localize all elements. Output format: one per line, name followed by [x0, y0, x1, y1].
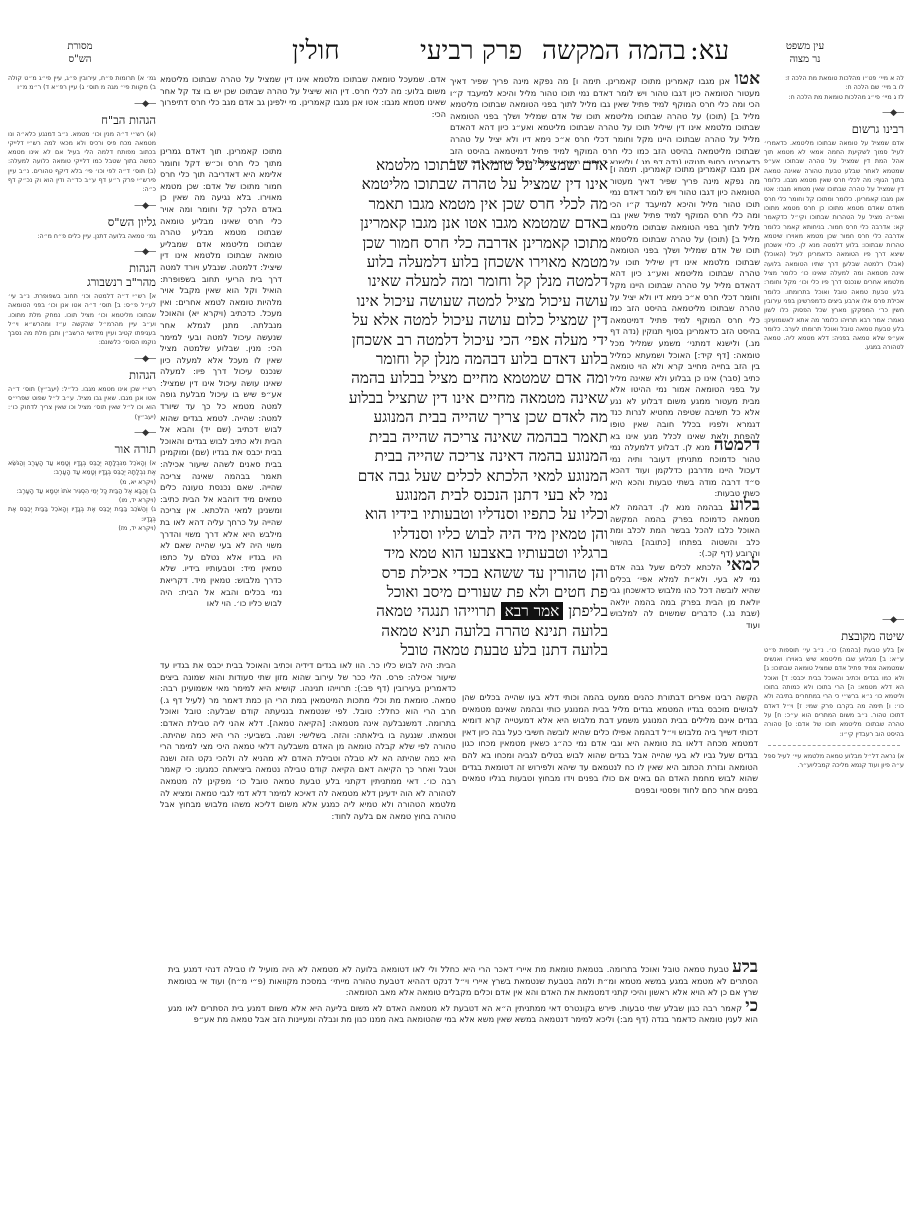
tosafot-text: אנן מגבו קאמרינן מתוכו קאמרינן. תימה ו] …	[450, 76, 760, 164]
ein-mishpat-title-line1: עין משפט	[770, 40, 840, 53]
tosafot-bottom: הקשה רבינו אפרים דבתורת כהנים ממעט בהמה …	[462, 692, 758, 954]
rashi-body-text: מתוכו קאמרינן. תוך דאדם גמרינן מתוך כלי …	[160, 146, 282, 608]
tosafot-dibbur-4: למאי הלכתא לכלים שעל גבה אדם נמי לא בעי.…	[610, 560, 760, 632]
rabbeinu-gershom-text: אדם שמציל על טומאה שבתוכו מליטמא. כדאמרי…	[764, 139, 904, 609]
ornament-divider-icon: —◆—	[764, 615, 904, 625]
dibbur-heading: למאי	[727, 555, 760, 575]
gemara-line: ידי מעלה אפי׳ הכי עיכול דלמטה רב אשכחן	[286, 331, 608, 350]
ornament-divider-icon: —◆—	[8, 428, 156, 438]
gemara-line: מטמא מאוירו אשכחן בלוע דלמעלה בלוע	[286, 253, 608, 272]
tosafot-bottom-text: הקשה רבינו אפרים דבתורת כהנים ממעט בהמה …	[462, 692, 758, 795]
gemara-line: המנוגע למאי הלכתא לכלים שעל גבה אדם	[286, 467, 608, 486]
hagahot-habach-title: הגהות הב"ח	[8, 113, 156, 127]
hagahot-yaavetz-text: רש״י שכן אינו מטמא מגבו. כל״ל: (יעב״ץ) ת…	[8, 385, 156, 422]
dibbur-text: טבעת טמאה טובל ואוכל בתרומה. בטמאת טומאת…	[168, 964, 758, 997]
gilyon-hashas-title: גליון הש"ס	[8, 215, 156, 229]
gemara-line: וכליו על כתפיו וסנדליו וטבעותיו בידיו הו…	[286, 505, 608, 524]
tosafot-dibbur-2: דלמטה מנא לן. דבלוע דלמעלה נמי טהור כדמו…	[610, 440, 760, 500]
ornament-divider-icon: —◆—	[8, 201, 156, 211]
hagahot-habach-text: (א) רש״י ד״ה מנין וכו׳ מטמא. נ״ב דמנגע כ…	[8, 130, 156, 195]
ornament-divider-icon: —◆—	[764, 108, 904, 118]
gemara-line: עושה עיכול מציל למטה שעושה עיכול אינו	[286, 292, 608, 311]
masoret-hashas-header: מסורת הש"ס	[50, 40, 110, 66]
amar-rava-highlight: אמר רבא	[501, 602, 564, 620]
gilyon-hashas-text: גמ׳ טמאה בלועה דתנן. עיין כלים פ״ח מ״ה:	[8, 232, 156, 241]
torah-or-verse: ג) וְהַשֹּׁכֵב בַּבַּיִת יְכַבֵּס אֶת בְ…	[8, 506, 156, 522]
dibbur-heading: בלוע	[730, 495, 760, 515]
hagahot-maharab-title-line2: מהר"ב רנשבורג	[8, 275, 156, 289]
torah-or-ref: (ויקרא יד, מו)	[8, 496, 156, 505]
gemara-line: מה לכלי חרס שכן אין מטמא מגבו תאמר	[286, 195, 608, 214]
footnote-divider	[768, 745, 900, 746]
gemara-line: ומה אדם שמטמא מחיים מציל בבלוע בהמה	[286, 369, 608, 388]
gemara-line: בליפתן אמר רבא תרוייהו תנגהי טמאה	[286, 602, 608, 621]
torah-or-title: תורה אור	[8, 442, 156, 456]
torah-or-ref: (ויקרא יד, מז)	[8, 524, 156, 533]
torah-or-entry: ב) וְהַבָּא אֶל הַבַּיִת כָּל יְמֵי הִסְ…	[8, 487, 156, 506]
dibbur-text: קאמר רבה כגון שבלע שתי טבעות. פירש בקונט…	[168, 1003, 758, 1025]
gemara-line: המנוגע בהמה דאינה צריכה שהייה בבית	[286, 447, 608, 466]
gemara-line: והן טהורין עד ששהא בכדי אכילת פרס	[286, 564, 608, 583]
tosafot-continuation: אנן מגבו קאמרינן מתוכו קאמרינן. תימה ו] …	[610, 164, 760, 464]
masoret-title-line1: מסורת	[50, 40, 110, 53]
gemara-text: בליפתן	[568, 602, 608, 620]
ornament-divider-icon: —◆—	[8, 99, 156, 109]
torah-or-verse: א) וְהָאֹכֵל מִנִּבְלָתָהּ יְכַבֵּס בְּג…	[8, 460, 156, 476]
chapter-ordinal: פרק רביעי	[420, 36, 522, 66]
hagahot-maharab-title-line1: הגהות	[8, 261, 156, 275]
rashi-column: מתוכו קאמרינן. תוך דאדם גמרינן מתוך כלי …	[160, 146, 282, 656]
shita-mekubetzet-title: שיטה מקובצת	[764, 629, 904, 643]
hagahot-maharab-text: א] רש״י ד״ה דלמטה וכו׳ תחוב בשפופרת. נ״ב…	[8, 292, 156, 348]
torah-or-ref: (ויקרא יא, מ)	[8, 478, 156, 487]
masoret-hashas-entries: גמ׳ א) תרומות פ״ח, עירובין פ״ג, עיין פי״…	[8, 74, 156, 93]
rabbeinu-gershom-title: רבינו גרשום	[764, 122, 904, 136]
ein-mishpat-header: עין משפט נר מצוה	[770, 40, 840, 66]
shita-mekubetzet-footnote: א) נראה דל״ל מבלוע טמאה מלטמא עיי׳ לעיל …	[764, 752, 904, 771]
gemara-line: דין שמציל כלום עושה עיכול למטה אלא על	[286, 311, 608, 330]
torah-or-entry: א) וְהָאֹכֵל מִנִּבְלָתָהּ יְכַבֵּס בְּג…	[8, 459, 156, 487]
gemara-column: אדם שמציל על טומאה שבתוכו מלטמא אינו דין…	[286, 156, 608, 656]
rashi-top: אדם. שמעכל טומאה שבתוכו מלטמא אינו דין ש…	[160, 74, 446, 144]
gemara-line: פת חטים ולא פת שעורים מיסב ואוכל	[286, 583, 608, 602]
ein-mishpat-entry: לו ב מיי׳ שם הלכה ח:	[764, 83, 904, 92]
page-number: עא:	[690, 36, 729, 66]
hagahot-yaavetz-title: הגהות	[8, 368, 156, 382]
gemara-line: נמי לא בעי דתנן הנכנס לבית המנוגע	[286, 486, 608, 505]
gemara-line: מתוכו קאמרינן אדרבה כלי חרס חמור שכן	[286, 234, 608, 253]
gemara-line: מה לאדם שכן צריך שהייה בבית המנוגע	[286, 408, 608, 427]
tractate-title: חולין	[292, 36, 340, 66]
ornament-divider-icon: —◆—	[8, 247, 156, 257]
tosafot-dibbur-3: בלוע בבהמה מנא לן. דבהמה לא מטמאה כדמוכח…	[610, 500, 760, 560]
gemara-line: בלוע דאדם בלוע דבהמה מנלן קל וחומר	[286, 350, 608, 369]
tosafot-bottom-full: בלע טבעת טמאה טובל ואוכל בתרומה. בטמאת ט…	[168, 962, 758, 1112]
masoret-title-line2: הש"ס	[50, 53, 110, 66]
gemara-line: אינו דין שמציל על טהרה שבתוכו מליטמא	[286, 175, 608, 194]
ein-mishpat-entry: לה א מיי׳ פט״ו מהלכות טומאת מת הלכה ז:	[764, 74, 904, 83]
gemara-line: ברגליו וטבעותיו באצבעו הוא טמא מיד	[286, 544, 608, 563]
rashi-bottom-text: הבית: היה לבוש כליו כר. הוו לאו בגדים די…	[160, 660, 456, 821]
torah-or-verse: ב) וְהַבָּא אֶל הַבַּיִת כָּל יְמֵי הִסְ…	[16, 488, 156, 495]
tosafot-column: אטו אנן מגבו קאמרינן מתוכו קאמרינן. תימה…	[450, 74, 760, 164]
gemara-line: אדם שמציל על טומאה שבתוכו מלטמא	[286, 156, 608, 175]
tosafot-dibburim: דלמטה מנא לן. דבלוע דלמעלה נמי טהור כדמו…	[610, 440, 760, 700]
hagahot-maharab-title: הגהות מהר"ב רנשבורג	[8, 261, 156, 289]
tosafot-bottom-dibbur-2: כי קאמר רבה כגון שבלע שתי טבעות. פירש בק…	[168, 1001, 758, 1026]
gemara-line: דלמטה מנלן קל וחומר ומה למעלה שאינו	[286, 272, 608, 291]
gemara-line: בלועה דתנן בלע טבעת טמאה טובל	[286, 641, 608, 656]
rashi-top-text: אדם. שמעכל טומאה שבתוכו מלטמא אינו דין ש…	[160, 74, 446, 119]
dibbur-heading: כי	[745, 996, 758, 1016]
gemara-line: בלועה תנינא טהרה בלועה תניא טמאה	[286, 622, 608, 641]
left-outer-column: גמ׳ א) תרומות פ״ח, עירובין פ״ג, עיין פי״…	[8, 74, 156, 1114]
chapter-name: בהמה המקשה	[542, 36, 686, 66]
ein-mishpat-entry: לז ג מיי׳ פי״ג מהלכות טומאת מת הלכה ח:	[764, 93, 904, 102]
torah-or-entries: א) וְהָאֹכֵל מִנִּבְלָתָהּ יְכַבֵּס בְּג…	[8, 459, 156, 533]
shita-mekubetzet-text: א] בלע טבעת (בהמה) כו׳. נ״ב עי׳ תוספות פ…	[764, 646, 904, 739]
gemara-line: והן טמאין מיד היה לבוש כליו וסנדליו	[286, 525, 608, 544]
gemara-line: באדם שמטמא מגבו אטו אנן מגבו קאמרינן	[286, 214, 608, 233]
ornament-divider-icon: —◆—	[8, 354, 156, 364]
ein-mishpat-entries: לה א מיי׳ פט״ו מהלכות טומאת מת הלכה ז: ל…	[764, 74, 904, 102]
ein-mishpat-title-line2: נר מצוה	[770, 53, 840, 66]
tosafot-bottom-dibbur-1: בלע טבעת טמאה טובל ואוכל בתרומה. בטמאת ט…	[168, 962, 758, 999]
right-outer-column: לה א מיי׳ פט״ו מהלכות טומאת מת הלכה ז: ל…	[764, 74, 904, 1114]
gemara-line: תאמר בבהמה שאינה צריכה שהייה בבית	[286, 428, 608, 447]
gemara-text: תרוייהו תנגהי טמאה	[376, 602, 496, 620]
gemara-line: שאינה מטמאה מחיים אינו דין שתציל בבלוע	[286, 389, 608, 408]
torah-or-entry: ג) וְהַשֹּׁכֵב בַּבַּיִת יְכַבֵּס אֶת בְ…	[8, 505, 156, 533]
rashi-bottom: הבית: היה לבוש כליו כר. הוו לאו בגדים די…	[160, 660, 456, 956]
